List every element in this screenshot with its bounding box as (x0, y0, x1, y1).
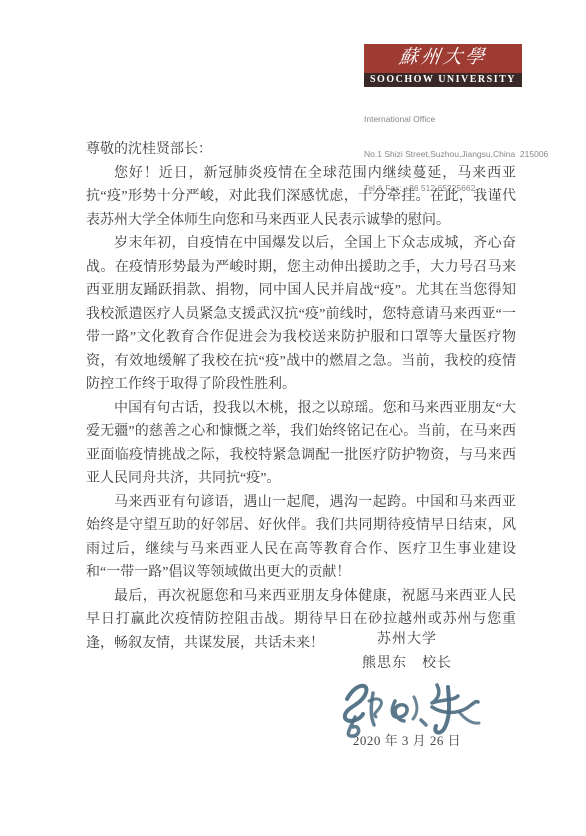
signature-signer: 熊思东 校长 (318, 656, 496, 672)
letter-paragraph: 马来西亚有句谚语，遇山一起爬，遇沟一起跨。中国和马来西亚始终是守望互助的好邻居、… (86, 491, 516, 585)
letter-paragraph: 您好！近日，新冠肺炎疫情在全球范围内继续蔓延，马来西亚抗“疫”形势十分严峻，对此… (86, 162, 516, 233)
letter-paragraph: 中国有句古话，投我以木桃，报之以琼瑶。您和马来西亚朋友“大爱无疆”的慈善之心和慷… (86, 397, 516, 491)
logo-english-name: SOOCHOW UNIVERSITY (364, 73, 522, 87)
salutation: 尊敬的沈桂贤部长： (86, 138, 516, 162)
office-line: International Office (364, 114, 548, 126)
letter-page: 蘇州大學 SOOCHOW UNIVERSITY International Of… (0, 0, 586, 836)
letter-body: 尊敬的沈桂贤部长： 您好！近日，新冠肺炎疫情在全球范围内继续蔓延，马来西亚抗“疫… (86, 138, 516, 655)
signature-block: 苏州大学 熊思东 校长 2020 年 3 月 26 日 (318, 632, 496, 749)
signature-date: 2020 年 3 月 26 日 (318, 733, 496, 749)
letter-paragraph: 岁末年初，自疫情在中国爆发以后，全国上下众志成城，齐心奋战。在疫情形势最为严峻时… (86, 232, 516, 397)
logo-chinese-name: 蘇州大學 (397, 44, 489, 71)
logo-chinese-banner: 蘇州大學 (364, 44, 522, 73)
signature-organization: 苏州大学 (318, 632, 496, 648)
university-logo: 蘇州大學 SOOCHOW UNIVERSITY (364, 44, 522, 87)
